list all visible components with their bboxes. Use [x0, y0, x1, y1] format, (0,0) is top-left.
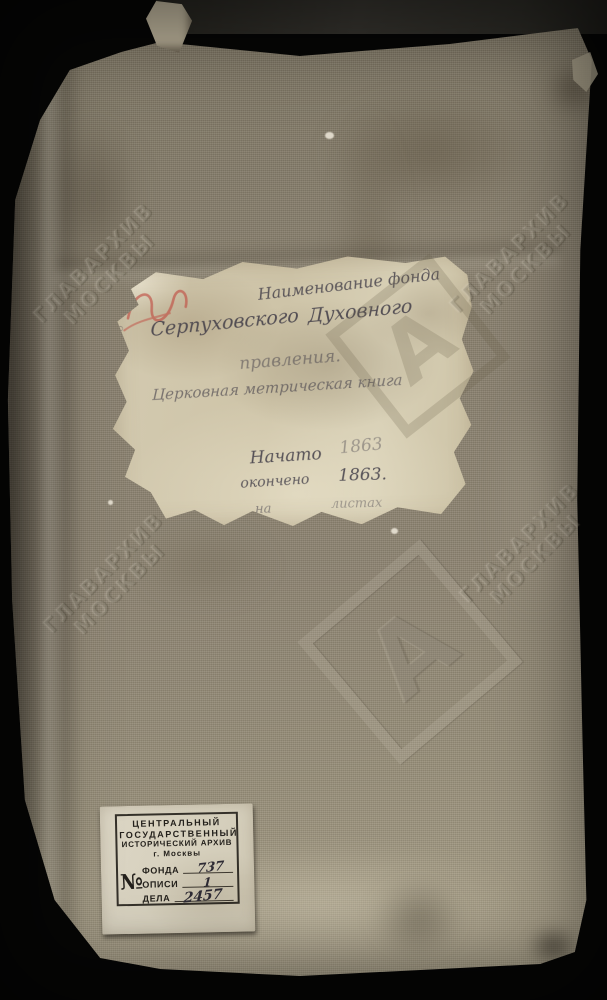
label-heading: Наименование фонда [257, 264, 441, 304]
archive-stamp-label: ЦЕНТРАЛЬНЫЙ ГОСУДАРСТВЕННЫЙ ИСТОРИЧЕСКИЙ… [100, 803, 256, 934]
label-started: Начато [249, 444, 322, 468]
stamp-rows: ФОНДА 737 ОПИСИ 1 ДЕЛА 24 [142, 860, 236, 904]
cloth-stain [116, 516, 296, 616]
archive-photo: опись Наименование фонда Серпуховского Д… [0, 0, 607, 1000]
label-ended-year: 1863. [338, 465, 387, 486]
label-sheets-suffix: листах [331, 496, 383, 512]
stamp-fond-line: 737 [183, 859, 233, 874]
stamp-row-delo: ДЕЛА 2457 [142, 888, 235, 904]
background-slab [156, 0, 607, 34]
cloth-sheen [470, 340, 600, 660]
label-ended: окончено [240, 471, 310, 491]
label-book-type: Церковная метрическая книга [152, 371, 403, 404]
stamp-delo-label: ДЕЛА [143, 893, 171, 904]
stamp-delo-line: 2457 [174, 887, 234, 902]
handwritten-title-label: опись Наименование фонда Серпуховского Д… [109, 253, 478, 530]
stamp-border: ЦЕНТРАЛЬНЫЙ ГОСУДАРСТВЕННЫЙ ИСТОРИЧЕСКИЙ… [115, 812, 240, 907]
stamp-fields: № ФОНДА 737 ОПИСИ 1 [120, 860, 236, 904]
label-started-year: 1863 [339, 434, 384, 458]
stamp-fond-label: ФОНДА [142, 865, 179, 876]
label-org-word2: Духовного [308, 295, 412, 327]
stamp-opis-line: 1 [182, 873, 233, 888]
cloth-fleck [325, 132, 334, 139]
cloth-fleck [391, 528, 398, 534]
cloth-fleck [108, 500, 113, 505]
stamp-delo-value: 2457 [183, 886, 223, 906]
stamp-number-sign: № [119, 861, 143, 904]
book-spine-shadow [6, 60, 82, 972]
stamp-opis-label: ОПИСИ [142, 879, 178, 890]
label-org-line2: правления. [239, 346, 342, 374]
